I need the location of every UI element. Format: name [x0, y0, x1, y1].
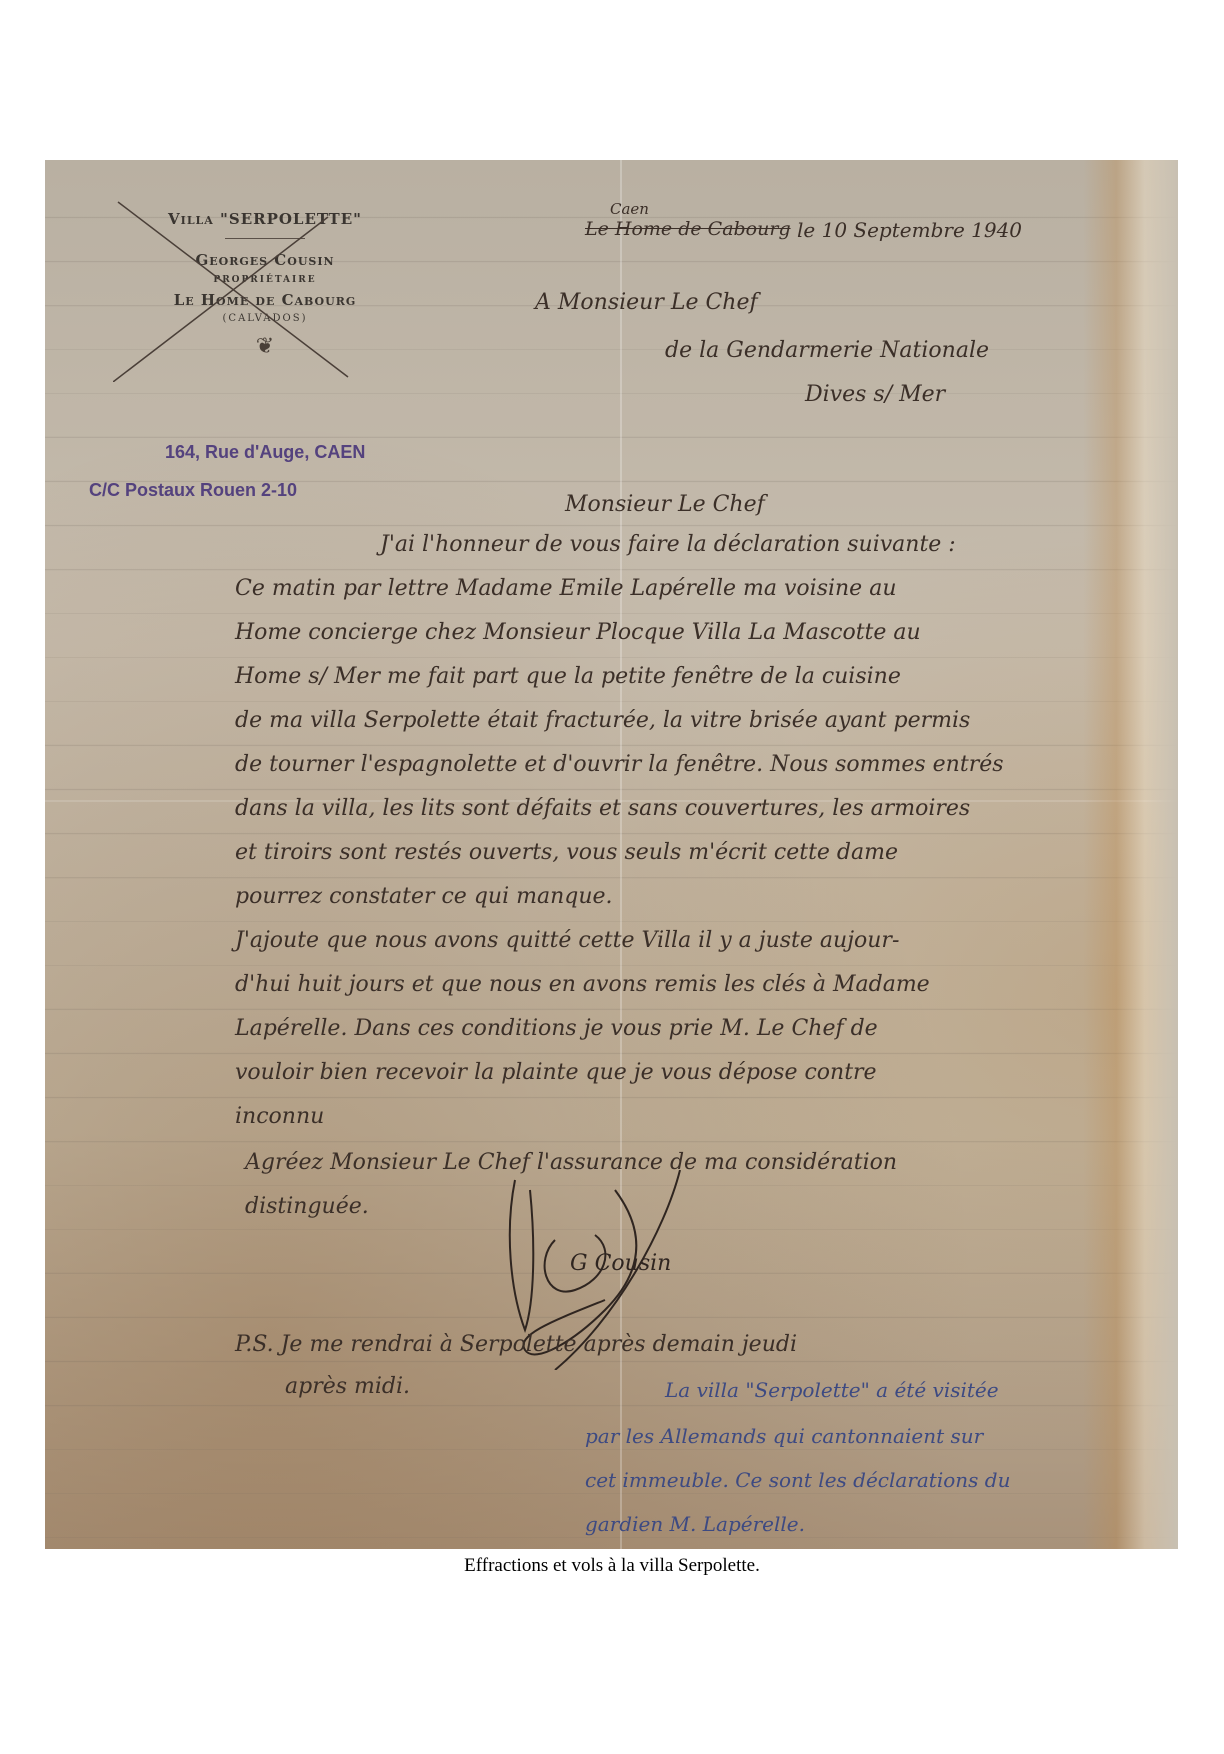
place-correction: Caen	[610, 200, 649, 218]
account-stamp: C/C Postaux Rouen 2-10	[89, 480, 297, 501]
body-line: dans la villa, les lits sont défaits et …	[235, 796, 970, 821]
body-line: inconnu	[235, 1104, 324, 1129]
recipient-line-2: de la Gendarmerie Nationale	[665, 338, 989, 363]
body-line: J'ajoute que nous avons quitté cette Vil…	[235, 928, 899, 953]
body-line: pourrez constater ce qui manque.	[235, 884, 613, 909]
postscript-line: après midi.	[285, 1374, 410, 1399]
letter-photograph: Villa "SERPOLETTE" Georges Cousin PROPRI…	[45, 160, 1178, 1549]
body-line: Ce matin par lettre Madame Emile Lapérel…	[235, 576, 896, 601]
figure-caption: Effractions et vols à la villa Serpolett…	[0, 1555, 1224, 1577]
body-line: de ma villa Serpolette était fracturée, …	[235, 708, 970, 733]
svg-text:G Cousin: G Cousin	[570, 1251, 671, 1276]
salutation: Monsieur Le Chef	[565, 492, 765, 517]
body-line: d'hui huit jours et que nous en avons re…	[235, 972, 930, 997]
annotation-line: par les Allemands qui cantonnaient sur	[585, 1424, 983, 1448]
stained-right-edge	[1083, 160, 1178, 1549]
annotation-line: cet immeuble. Ce sont les déclarations d…	[585, 1468, 1010, 1492]
body-line: et tiroirs sont restés ouverts, vous seu…	[235, 840, 898, 865]
annotation-line: La villa "Serpolette" a été visitée	[665, 1378, 999, 1402]
body-line: Home concierge chez Monsieur Plocque Vil…	[235, 620, 921, 645]
recipient-line-1: A Monsieur Le Chef	[535, 290, 758, 315]
cross-out-mark	[113, 197, 353, 382]
place-struck: Le Home de Cabourg	[585, 218, 791, 240]
body-line: distinguée.	[245, 1194, 369, 1219]
letter-date: le 10 Septembre 1940	[797, 218, 1022, 242]
body-line: Lapérelle. Dans ces conditions je vous p…	[235, 1016, 878, 1041]
body-line: vouloir bien recevoir la plainte que je …	[235, 1060, 877, 1085]
recipient-line-3: Dives s/ Mer	[805, 382, 945, 407]
postscript-line: P.S. Je me rendrai à Serpolette après de…	[235, 1332, 797, 1357]
body-line: Home s/ Mer me fait part que la petite f…	[235, 664, 901, 689]
body-line: J'ai l'honneur de vous faire la déclarat…	[380, 532, 956, 557]
annotation-line: gardien M. Lapérelle.	[585, 1512, 805, 1536]
address-stamp: 164, Rue d'Auge, CAEN	[165, 442, 365, 463]
body-line: de tourner l'espagnolette et d'ouvrir la…	[235, 752, 1004, 777]
